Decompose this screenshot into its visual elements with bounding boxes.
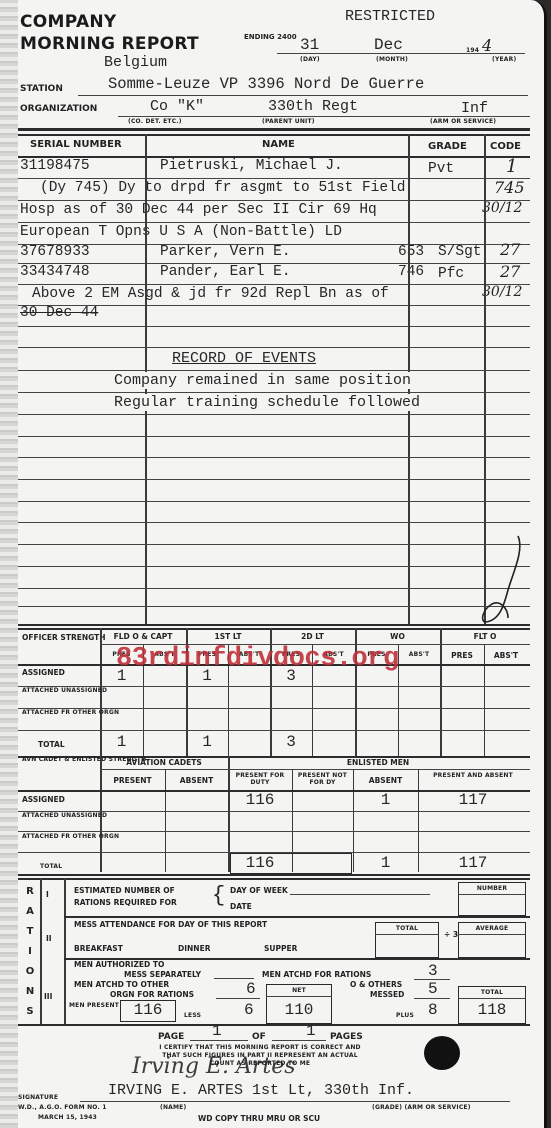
parent-unit-caption: (PARENT UNIT) <box>262 118 315 125</box>
number-label: NUMBER <box>458 885 526 892</box>
arm-caption: (ARM OR SERVICE) <box>430 118 496 125</box>
serial-1: 31198475 <box>20 158 90 174</box>
brace-glyph: { <box>212 883 225 908</box>
arm-value: Inf <box>461 100 488 117</box>
grade-2: S/Sgt <box>438 244 482 260</box>
signer-name: IRVING E. ARTES 1st Lt, 330th Inf. <box>108 1082 414 1099</box>
others-value: 5 <box>428 980 438 998</box>
enl-row-attached-other-orgn: ATTACHED FR OTHER ORGN <box>22 833 98 841</box>
atchd-other-label-2: ORGN FOR RATIONS <box>110 990 194 999</box>
dinner-label: DINNER <box>178 944 210 953</box>
event-line-1: Company remained in same position <box>112 372 413 389</box>
form-title-line1: COMPANY <box>20 12 117 32</box>
enl-row-total: TOTAL <box>40 863 62 870</box>
group-enlisted-men: ENLISTED MEN <box>228 758 528 767</box>
enl-assigned-present-duty: 116 <box>228 791 292 809</box>
code-3: 27 <box>500 262 520 281</box>
remark-line-3: European T Opns U S A (Non-Battle) LD <box>20 224 342 240</box>
year-prefix: 194 <box>466 47 479 54</box>
grade-code-3: 746 <box>398 264 424 280</box>
code-1: 1 <box>506 156 517 177</box>
enl-assigned-absent: 1 <box>353 791 418 809</box>
plus-label: PLUS <box>396 1012 414 1019</box>
section-i-label-2: RATIONS REQUIRED FOR <box>74 898 177 907</box>
sub-pres: PRES <box>440 651 484 660</box>
group-aviation-cadets: AVIATION CADETS <box>100 758 228 767</box>
breakfast-label: BREAKFAST <box>74 944 123 953</box>
sub-abst: ABS'T <box>484 651 528 660</box>
men-present-label: MEN PRESENT <box>68 1002 120 1010</box>
officer-total-2lt-pres: 3 <box>270 733 312 751</box>
net-label: NET <box>266 987 332 994</box>
certify-line-1: I CERTIFY THAT THIS MORNING REPORT IS CO… <box>140 1044 380 1051</box>
margin-note-2: 30/12 <box>482 200 522 216</box>
atchd-other-label-1: MEN ATCHD TO OTHER <box>74 980 169 989</box>
divide-by-three: ÷ 3 <box>444 930 454 939</box>
report-year: 4 <box>482 36 492 55</box>
officer-total-1lt-pres: 1 <box>186 733 228 751</box>
margin-note-1: 745 <box>494 178 525 197</box>
mess-total-label: TOTAL <box>375 925 439 932</box>
section-iii-numeral: III <box>44 992 52 1001</box>
officer-group-1st-lt: 1ST LT <box>186 632 270 641</box>
officer-group-wo: WO <box>355 632 440 641</box>
section-ii-numeral: II <box>46 934 52 943</box>
grade-code-2: 653 <box>398 244 424 260</box>
rations-total-label: TOTAL <box>458 989 526 996</box>
enl-row-assigned: ASSIGNED <box>22 795 65 804</box>
net-value: 110 <box>266 1001 332 1019</box>
remark-line-4: Above 2 EM Asgd & jd fr 92d Repl Bn as o… <box>32 286 389 302</box>
ink-blot-icon <box>424 1036 460 1070</box>
col-present-not-for-dy: PRESENT NOT FOR DY <box>292 772 353 786</box>
officer-group-flt-o: FLT O <box>440 632 530 641</box>
scan-edge-noise <box>0 0 18 1128</box>
organization-label: ORGANIZATION <box>20 104 97 114</box>
year-caption: (YEAR) <box>492 56 516 63</box>
remark-line-2: Hosp as of 30 Dec 44 per Sec II Cir 69 H… <box>20 202 377 218</box>
date-label: DATE <box>230 902 252 911</box>
col-cadet-present: PRESENT <box>100 776 165 785</box>
enl-row-attached-unassigned: ATTACHED UNASSIGNED <box>22 812 98 820</box>
margin-note-3: 30/12 <box>482 284 522 300</box>
code-2: 27 <box>500 240 520 259</box>
others-label-1: O & OTHERS <box>350 980 402 989</box>
officer-strength-header: OFFICER STRENGTH <box>22 634 98 642</box>
less-value: 6 <box>244 1001 254 1019</box>
enl-total-present-duty: 116 <box>228 854 292 872</box>
sub-abst: ABS'T <box>398 651 440 658</box>
copy-note: WD COPY THRU MRU OR SCU <box>198 1114 320 1123</box>
col-present-and-absent: PRESENT AND ABSENT <box>418 772 528 779</box>
row-assigned: ASSIGNED <box>22 668 65 677</box>
page-value: 1 <box>212 1022 222 1040</box>
col-code: CODE <box>490 141 521 152</box>
enl-total-absent: 1 <box>353 854 418 872</box>
name-2: Parker, Vern E. <box>160 244 291 260</box>
form-id-line-1: W.D., A.G.O. FORM NO. 1 <box>18 1104 107 1111</box>
auth-sep-label-1: MEN AUTHORIZED TO <box>74 960 164 969</box>
serial-3: 33434748 <box>20 264 90 280</box>
others-label-2: MESSED <box>370 990 404 999</box>
form-title-line2: MORNING REPORT <box>20 34 199 54</box>
rations-side-label: RATIONS <box>22 882 38 1022</box>
officer-group-fld-o-capt: FLD O & CAPT <box>100 632 186 641</box>
signature-label: SIGNATURE <box>18 1094 58 1101</box>
day-caption: (DAY) <box>300 56 320 63</box>
row-attached-unassigned: ATTACHED UNASSIGNED <box>22 687 98 695</box>
section-i-label-1: ESTIMATED NUMBER OF <box>74 886 175 895</box>
watermark-text: 83rdinfdivdocs.org <box>116 644 399 674</box>
officer-total-fld-pres: 1 <box>100 733 143 751</box>
grade-3: Pfc <box>438 266 464 282</box>
record-of-events-heading: RECORD OF EVENTS <box>168 350 320 367</box>
name-1: Pietruski, Michael J. <box>160 158 343 174</box>
station-value: Somme-Leuze VP 3396 Nord De Guerre <box>108 75 424 93</box>
enl-assigned-total: 117 <box>418 791 528 809</box>
rations-total-value: 118 <box>458 1001 526 1019</box>
country: Belgium <box>104 54 167 71</box>
plus-value: 8 <box>428 1001 438 1019</box>
atchd-for-rations-label: MEN ATCHD FOR RATIONS <box>262 970 371 979</box>
company-value: Co "K" <box>150 98 204 115</box>
supper-label: SUPPER <box>264 944 297 953</box>
average-label: AVERAGE <box>458 925 526 932</box>
handwritten-signature: Irving E. Artes <box>132 1054 296 1079</box>
of-value: 1 <box>306 1022 316 1040</box>
day-of-week-label: DAY OF WEEK <box>230 886 288 895</box>
enlisted-strength-header: AVN CADET & ENLISTED STRENGTH <box>22 756 98 764</box>
section-i-numeral: I <box>46 890 49 899</box>
col-enlisted-absent: ABSENT <box>353 776 418 785</box>
col-grade: GRADE <box>428 141 467 152</box>
classification-label: RESTRICTED <box>345 8 435 25</box>
month-caption: (MONTH) <box>376 56 408 63</box>
col-cadet-absent: ABSENT <box>165 776 228 785</box>
col-present-for-duty: PRESENT FOR DUTY <box>228 772 292 786</box>
grade-caption: (GRADE) (ARM OR SERVICE) <box>372 1104 471 1111</box>
morning-report-form: COMPANY MORNING REPORT RESTRICTED ENDING… <box>0 0 547 1128</box>
name-caption: (NAME) <box>160 1104 186 1111</box>
pages-label: PAGES <box>330 1032 363 1042</box>
less-label: LESS <box>184 1012 201 1019</box>
section-ii-label: MESS ATTENDANCE FOR DAY OF THIS REPORT <box>74 920 267 929</box>
report-day: 31 <box>300 36 319 54</box>
row-attached-other-orgn: ATTACHED FR OTHER ORGN <box>22 709 98 717</box>
parent-unit-value: 330th Regt <box>268 98 358 115</box>
event-line-2: Regular training schedule followed <box>112 394 422 411</box>
page-label: PAGE <box>158 1032 184 1042</box>
company-caption: (CO. DET. ETC.) <box>128 118 182 125</box>
name-3: Pander, Earl E. <box>160 264 291 280</box>
station-label: STATION <box>20 84 63 94</box>
col-name: NAME <box>262 139 295 150</box>
atchd-for-rations-value: 3 <box>428 962 438 980</box>
ending-label: ENDING 2400 <box>244 33 274 41</box>
officer-group-2d-lt: 2D LT <box>270 632 355 641</box>
remark-line-5: 30 Dec 44 <box>20 305 98 321</box>
col-serial-number: SERIAL NUMBER <box>30 139 122 150</box>
row-total: TOTAL <box>38 740 65 749</box>
report-month: Dec <box>374 36 403 54</box>
grade-1: Pvt <box>428 161 454 177</box>
serial-2: 37678933 <box>20 244 90 260</box>
form-id-line-2: MARCH 15, 1943 <box>38 1114 97 1121</box>
men-present-value: 116 <box>120 1001 176 1019</box>
of-label: OF <box>252 1032 266 1042</box>
auth-sep-label-2: MESS SEPARATELY <box>124 970 201 979</box>
enl-total: 117 <box>418 854 528 872</box>
atchd-other-value: 6 <box>246 980 256 998</box>
remark-line-1: (Dy 745) Dy to drpd fr asgmt to 51st Fie… <box>40 180 405 196</box>
handwritten-flourish-icon <box>478 530 530 630</box>
